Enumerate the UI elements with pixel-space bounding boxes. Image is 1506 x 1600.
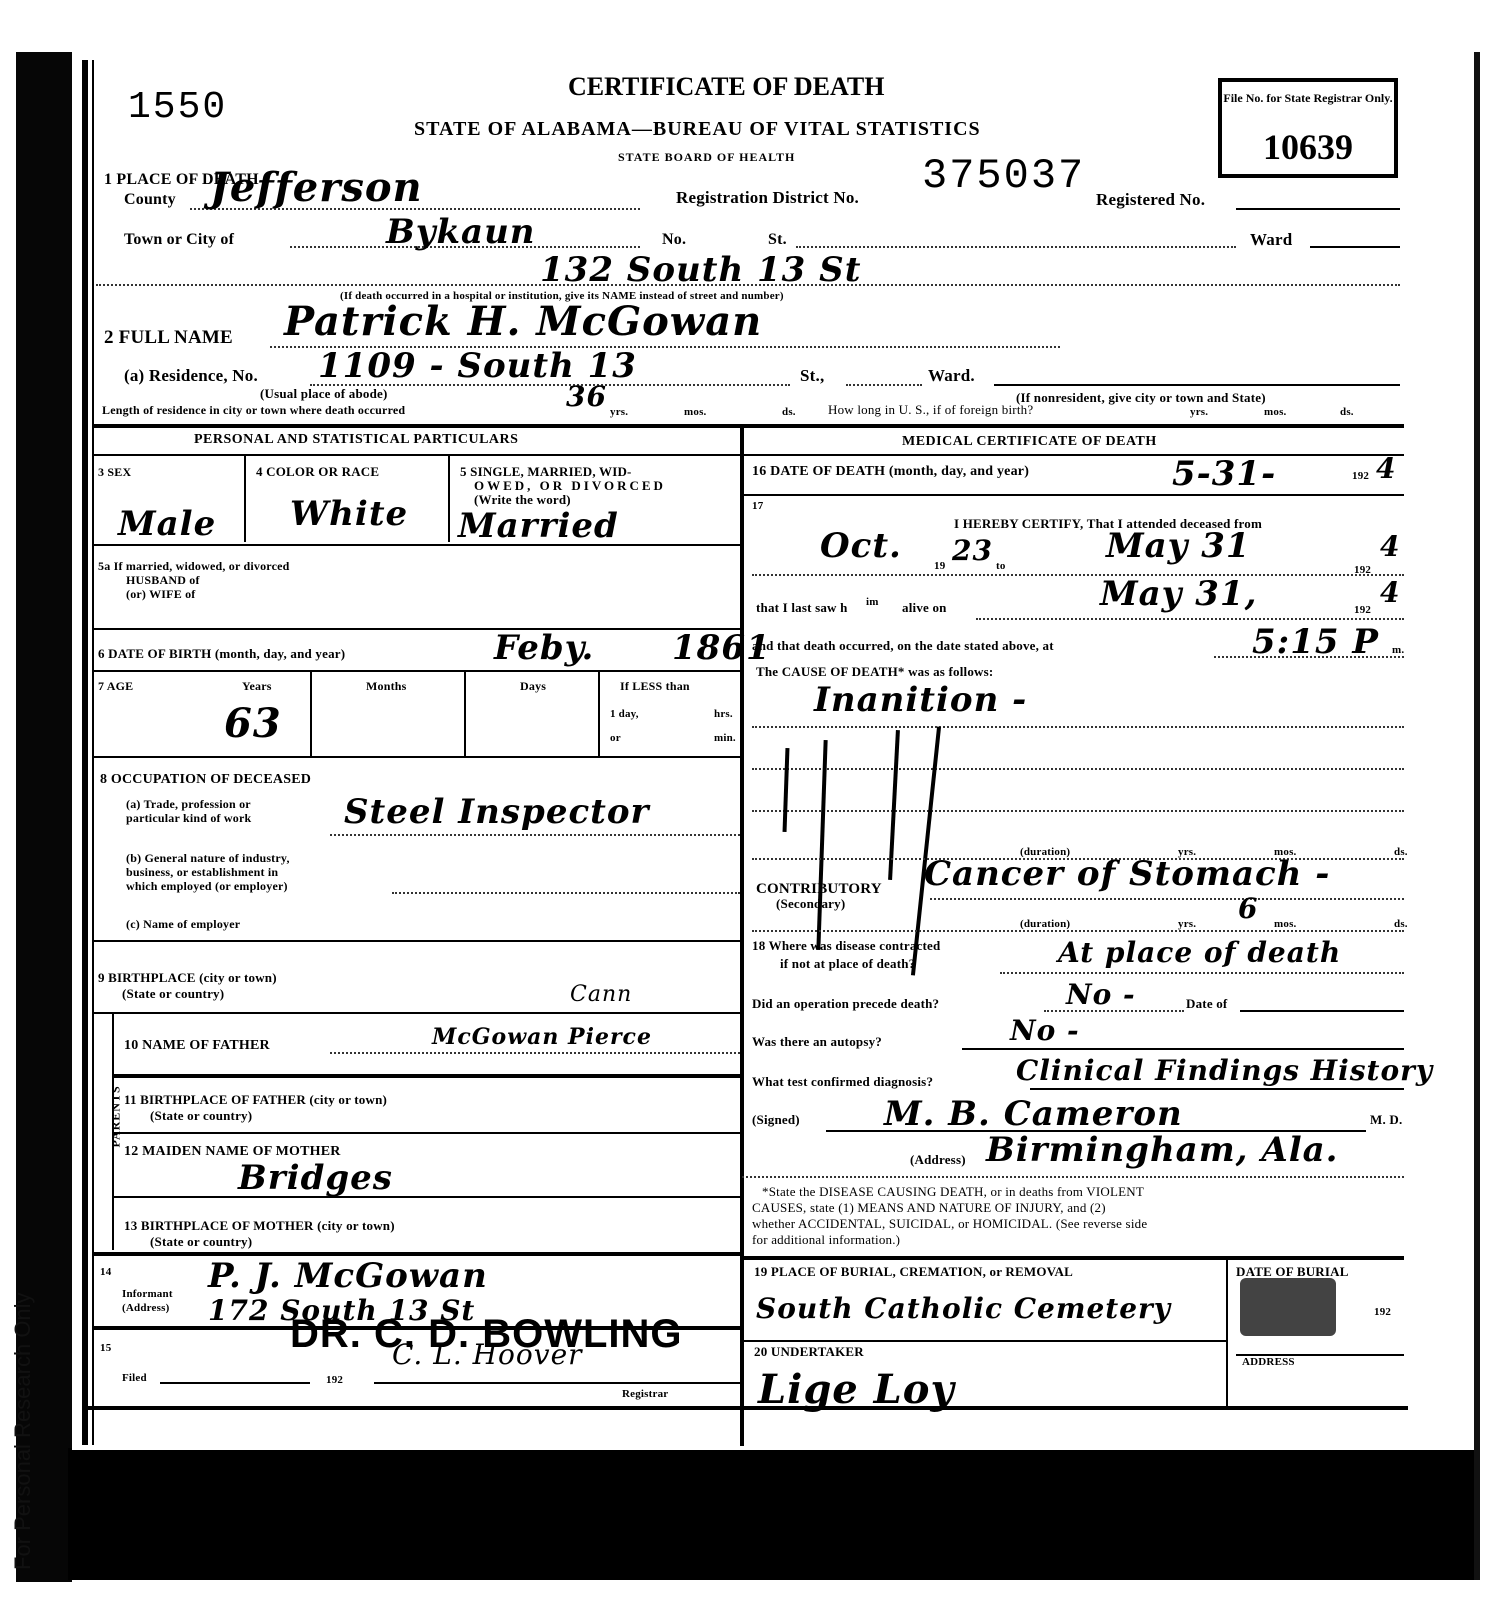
attended-from-year: 23 [952, 534, 993, 567]
test-value: Clinical Findings History [1016, 1054, 1433, 1087]
informant-value: P. J. McGowan [208, 1256, 488, 1296]
contributory-label: CONTRIBUTORY [756, 882, 882, 897]
address-label: (Address) [910, 1154, 966, 1166]
contracted-label-1: 18 Where was disease contracted [752, 940, 940, 952]
filed-label: Filed [122, 1372, 147, 1384]
date-of-death-value: 5-31- [1172, 454, 1276, 494]
personal-section-title: PERSONAL AND STATISTICAL PARTICULARS [194, 432, 518, 447]
contributory-duration-ds: ds. [1394, 918, 1408, 930]
autopsy-value: No - [1010, 1014, 1080, 1047]
left-border [82, 60, 88, 1445]
burial-value: South Catholic Cemetery [756, 1292, 1171, 1325]
cause-value: Inanition - [814, 680, 1027, 720]
signed-label: (Signed) [752, 1114, 800, 1126]
date-of-birth-month: Feby. [494, 628, 594, 668]
county-label: County [124, 192, 176, 207]
attended-from-year-prefix: 19 [934, 560, 945, 572]
birthplace-label: 9 BIRTHPLACE (city or town) [98, 972, 277, 984]
left-border-inner [92, 60, 94, 1445]
filed-year: 192 [326, 1374, 343, 1386]
operation-label: Did an operation precede death? [752, 998, 939, 1010]
race-label: 4 COLOR OR RACE [256, 466, 379, 478]
foreign-birth-label: How long in U. S., if of foreign birth? [828, 404, 1033, 416]
parents-side-label: PARENTS [109, 1068, 124, 1148]
birthplace-value: Cann [570, 982, 632, 1007]
attended-to-year: 4 [1380, 530, 1400, 563]
mother-birthplace-label: 13 BIRTHPLACE OF MOTHER (city or town) [124, 1220, 395, 1232]
town-label: Town or City of [124, 232, 234, 247]
father-value: McGowan Pierce [432, 1024, 652, 1050]
md-label: M. D. [1370, 1114, 1402, 1126]
occupation-a-label-1: (a) Trade, profession or [126, 798, 251, 810]
age-years-value: 63 [224, 700, 282, 747]
age-days-label: Days [520, 680, 546, 692]
registered-no-label: Registered No. [1096, 192, 1205, 207]
date-of-birth-label: 6 DATE OF BIRTH (month, day, and year) [98, 648, 345, 660]
footnote-line-3: whether ACCIDENTAL, SUICIDAL, or HOMICID… [752, 1218, 1147, 1230]
age-less-label: If LESS than [620, 680, 690, 692]
residence-label: (a) Residence, No. [124, 368, 258, 383]
attended-from: Oct. [820, 526, 902, 566]
county-value: Jefferson [210, 164, 423, 211]
registrar-signature: C. L. Hoover [392, 1338, 583, 1371]
corner-number: 1550 [128, 86, 227, 129]
file-number-box: File No. for State Registrar Only. 10639 [1218, 78, 1398, 178]
test-label: What test confirmed diagnosis? [752, 1076, 933, 1088]
spouse-label-3: (or) WIFE of [126, 588, 196, 600]
burial-year: 192 [1374, 1306, 1391, 1318]
age-years-label: Years [242, 680, 272, 692]
file-box-label: File No. for State Registrar Only. [1222, 92, 1394, 105]
age-less-day: 1 day, [610, 708, 639, 720]
occupation-c-label: (c) Name of employer [126, 918, 240, 930]
cause-duration-ds: ds. [1394, 846, 1408, 858]
document-subtitle: STATE OF ALABAMA—BUREAU OF VITAL STATIST… [414, 118, 981, 141]
date-of-death-year: 4 [1376, 452, 1396, 485]
sex-label: 3 SEX [98, 466, 131, 478]
birthplace-sub: (State or country) [122, 988, 224, 1000]
death-time-m: m. [1392, 644, 1404, 656]
length-mos: mos. [684, 406, 707, 418]
footnote-line-2: CAUSES, state (1) MEANS AND NATURE OF IN… [752, 1202, 1106, 1214]
occupation-b-label-1: (b) General nature of industry, [126, 852, 290, 864]
length-yrs: yrs. [610, 406, 628, 418]
marital-note: (Write the word) [474, 494, 571, 506]
occupation-a-value: Steel Inspector [344, 792, 649, 832]
date-of-death-year-prefix: 192 [1352, 470, 1369, 482]
age-label: 7 AGE [98, 680, 133, 692]
age-less-hrs: hrs. [714, 708, 733, 720]
autopsy-label: Was there an autopsy? [752, 1036, 882, 1048]
length-of-residence-value: 36 [566, 380, 607, 413]
informant-address-label: (Address) [122, 1302, 169, 1314]
occupation-label: 8 OCCUPATION OF DECEASED [100, 772, 311, 787]
contracted-label-2: if not at place of death? [780, 958, 915, 970]
marital-label-line1: 5 SINGLE, MARRIED, WID- [460, 466, 632, 478]
father-label: 10 NAME OF FATHER [124, 1038, 270, 1053]
contracted-value: At place of death [1058, 936, 1341, 969]
last-saw-value: May 31, [1100, 574, 1257, 614]
contributory-value: Cancer of Stomach - [924, 854, 1330, 894]
spouse-label-2: HUSBAND of [126, 574, 200, 586]
full-name-value: Patrick H. McGowan [284, 298, 762, 345]
street-st-label: St. [768, 232, 787, 247]
medical-section-title: MEDICAL CERTIFICATE OF DEATH [902, 434, 1157, 449]
informant-num: 14 [100, 1266, 111, 1278]
last-saw-him: im [866, 596, 879, 608]
foreign-mos: mos. [1264, 406, 1287, 418]
contributory-duration-mos: mos. [1274, 918, 1297, 930]
contributory-sub: (Secondary) [776, 898, 845, 910]
full-name-label: 2 FULL NAME [104, 330, 233, 345]
foreign-ds: ds. [1340, 406, 1354, 418]
nonresident-note: (If nonresident, give city or town and S… [1016, 392, 1266, 404]
registration-district-label: Registration District No. [676, 190, 859, 205]
board-name: STATE BOARD OF HEALTH [618, 150, 795, 165]
mother-label: 12 MAIDEN NAME OF MOTHER [124, 1144, 341, 1159]
mother-birthplace-sub: (State or country) [150, 1236, 252, 1248]
burial-date-label: DATE OF BURIAL [1236, 1266, 1349, 1278]
burial-date-smudge [1240, 1278, 1336, 1336]
father-birthplace-label: 11 BIRTHPLACE OF FATHER (city or town) [124, 1094, 387, 1106]
filed-num: 15 [100, 1342, 111, 1354]
marital-label-line2: OWED, OR DIVORCED [474, 480, 666, 492]
occupation-b-label-2: business, or establishment in [126, 866, 278, 878]
watermark-text: For Personal Research Only [10, 1292, 36, 1570]
last-saw-year-prefix: 192 [1354, 604, 1371, 616]
footnote-line-4: for additional information.) [752, 1234, 900, 1246]
undertaker-value: Lige Loy [758, 1366, 955, 1413]
column-divider [740, 426, 744, 1446]
registrar-label: Registrar [622, 1388, 668, 1400]
scan-right-edge [1474, 52, 1480, 1580]
sex-value: Male [118, 504, 216, 544]
race-value: White [290, 494, 408, 534]
burial-address-label: ADDRESS [1242, 1356, 1295, 1368]
file-box-number: 10639 [1222, 126, 1394, 168]
occupation-a-label-2: particular kind of work [126, 812, 251, 824]
contributory-duration-yrs: yrs. [1178, 918, 1196, 930]
occupation-b-label-3: which employed (or employer) [126, 880, 288, 892]
undertaker-label: 20 UNDERTAKER [754, 1346, 864, 1358]
residence-st-label: St., [800, 368, 824, 383]
last-saw-label: that I last saw h [756, 602, 848, 614]
contributory-duration-mos-value: 6 [1238, 892, 1258, 925]
registration-district-number: 375037 [922, 152, 1085, 200]
watermark: For Personal Research Only [6, 1300, 46, 1570]
cause-label: The CAUSE OF DEATH* was as follows: [756, 666, 993, 678]
town-value: Bykaun [386, 212, 536, 252]
to-label: to [996, 560, 1006, 572]
death-occurred-label: and that death occurred, on the date sta… [752, 640, 1054, 652]
item-17: 17 [752, 500, 763, 512]
usual-place-note: (Usual place of abode) [260, 388, 388, 400]
operation-date-label: Date of [1186, 998, 1227, 1010]
last-saw-year: 4 [1380, 576, 1400, 609]
spouse-label-1: 5a If married, widowed, or divorced [98, 560, 290, 572]
residence-ward-label: Ward. [928, 368, 975, 383]
scan-bottom-edge [68, 1448, 1480, 1580]
street-no-label: No. [662, 232, 686, 247]
ward-label: Ward [1250, 232, 1292, 247]
contributory-duration-label: (duration) [1020, 918, 1070, 930]
informant-label: Informant [122, 1288, 173, 1300]
burial-label: 19 PLACE OF BURIAL, CREMATION, or REMOVA… [754, 1266, 1073, 1278]
father-birthplace-sub: (State or country) [150, 1110, 252, 1122]
signed-value: M. B. Cameron [884, 1094, 1183, 1134]
length-of-residence-label: Length of residence in city or town wher… [102, 404, 405, 416]
age-less-or: or [610, 732, 621, 744]
document-title: CERTIFICATE OF DEATH [568, 72, 884, 102]
marital-value: Married [458, 506, 619, 546]
mother-value: Bridges [238, 1158, 393, 1198]
attended-to: May 31 [1106, 526, 1251, 566]
age-months-label: Months [366, 680, 407, 692]
foreign-yrs: yrs. [1190, 406, 1208, 418]
operation-value: No - [1066, 978, 1136, 1011]
address-value: Birmingham, Ala. [986, 1130, 1339, 1170]
date-of-death-label: 16 DATE OF DEATH (month, day, and year) [752, 466, 1029, 478]
length-ds: ds. [782, 406, 796, 418]
alive-on-label: alive on [902, 602, 947, 614]
age-less-min: min. [714, 732, 736, 744]
footnote-line-1: *State the DISEASE CAUSING DEATH, or in … [762, 1186, 1144, 1198]
